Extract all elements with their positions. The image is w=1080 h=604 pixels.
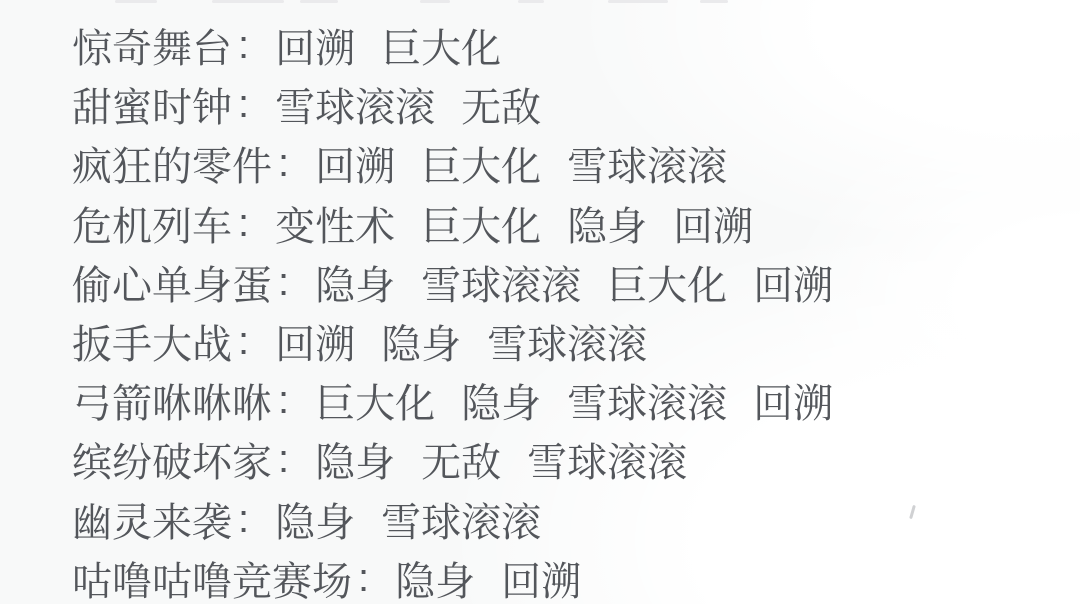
stage-name: 幽灵来袭: [72, 491, 249, 548]
stage-name-text: 甜蜜时钟 [72, 76, 232, 133]
stage-name-text: 惊奇舞台 [72, 17, 232, 74]
stage-name: 扳手大战: [72, 313, 249, 370]
stage-name-text: 扳手大战 [72, 313, 232, 370]
stage-name-text: 咕噜咕噜竞赛场 [72, 550, 352, 604]
stage-row: 偷心单身蛋: 隐身 雪球滚滚 巨大化 回溯 [72, 253, 833, 312]
stage-name-text: 缤纷破坏家 [72, 431, 272, 488]
skill-label: 巨大化 [607, 254, 727, 311]
colon: : [358, 556, 369, 601]
skill-label: 巨大化 [381, 17, 501, 74]
colon: : [278, 437, 289, 482]
stage-name: 咕噜咕噜竞赛场: [72, 550, 369, 604]
skill-label: 隐身 [315, 254, 395, 311]
top-edge-text-remnant [608, 0, 668, 3]
skill-label: 回溯 [275, 313, 355, 370]
skill-label: 回溯 [753, 372, 833, 429]
stage-name: 疯狂的零件: [72, 135, 289, 192]
colon: : [278, 260, 289, 305]
skill-label: 雪球滚滚 [567, 372, 727, 429]
skill-label: 无敌 [461, 76, 541, 133]
stage-row: 缤纷破坏家: 隐身 无敌 雪球滚滚 [72, 430, 833, 489]
stage-name: 弓箭咻咻咻: [72, 372, 289, 429]
stage-row: 甜蜜时钟: 雪球滚滚 无敌 [72, 75, 833, 134]
stage-name-text: 疯狂的零件 [72, 135, 272, 192]
skill-label: 隐身 [395, 550, 475, 604]
skill-label: 雪球滚滚 [487, 313, 647, 370]
colon: : [238, 201, 249, 246]
stage-row: 咕噜咕噜竞赛场: 隐身 回溯 [72, 549, 833, 604]
skill-label: 回溯 [753, 254, 833, 311]
skill-label: 巨大化 [421, 195, 541, 252]
top-edge-text-remnant [300, 0, 338, 3]
skill-label: 雪球滚滚 [275, 76, 435, 133]
stage-row: 弓箭咻咻咻: 巨大化 隐身 雪球滚滚 回溯 [72, 371, 833, 430]
skill-label: 隐身 [275, 491, 355, 548]
stage-skill-list: 惊奇舞台: 回溯 巨大化 甜蜜时钟: 雪球滚滚 无敌 疯狂的零件: 回溯 巨大化… [72, 16, 833, 604]
stage-row: 危机列车: 变性术 巨大化 隐身 回溯 [72, 194, 833, 253]
stage-row: 扳手大战: 回溯 隐身 雪球滚滚 [72, 312, 833, 371]
skill-label: 雪球滚滚 [421, 254, 581, 311]
skill-label: 隐身 [567, 195, 647, 252]
skill-label: 回溯 [275, 17, 355, 74]
top-edge-text-remnant [518, 0, 544, 3]
colon: : [238, 82, 249, 127]
stage-row: 惊奇舞台: 回溯 巨大化 [72, 16, 833, 75]
top-edge-text-remnant [420, 0, 450, 3]
stage-name: 惊奇舞台: [72, 17, 249, 74]
skill-label: 雪球滚滚 [527, 431, 687, 488]
skill-label: 无敌 [421, 431, 501, 488]
stage-name-text: 危机列车 [72, 195, 232, 252]
skill-label: 隐身 [381, 313, 461, 370]
top-edge-text-remnant [700, 0, 728, 3]
stage-row: 幽灵来袭: 隐身 雪球滚滚 [72, 490, 833, 549]
colon: : [238, 497, 249, 542]
colon: : [238, 23, 249, 68]
skill-label: 隐身 [315, 431, 395, 488]
stage-name-text: 偷心单身蛋 [72, 254, 272, 311]
top-edge-text-remnant [212, 0, 284, 3]
stage-name: 危机列车: [72, 195, 249, 252]
colon: : [238, 319, 249, 364]
stage-row: 疯狂的零件: 回溯 巨大化 雪球滚滚 [72, 134, 833, 193]
colon: : [278, 141, 289, 186]
skill-label: 回溯 [315, 135, 395, 192]
skill-label: 回溯 [673, 195, 753, 252]
top-edge-text-remnant [115, 0, 157, 3]
skill-label: 巨大化 [421, 135, 541, 192]
stage-name-text: 弓箭咻咻咻 [72, 372, 272, 429]
skill-label: 雪球滚滚 [567, 135, 727, 192]
crease-mark [909, 505, 916, 519]
stage-name: 缤纷破坏家: [72, 431, 289, 488]
stage-name: 偷心单身蛋: [72, 254, 289, 311]
skill-label: 巨大化 [315, 372, 435, 429]
skill-label: 雪球滚滚 [381, 491, 541, 548]
skill-label: 隐身 [461, 372, 541, 429]
stage-name: 甜蜜时钟: [72, 76, 249, 133]
colon: : [278, 378, 289, 423]
stage-name-text: 幽灵来袭 [72, 491, 232, 548]
skill-label: 回溯 [501, 550, 581, 604]
skill-label: 变性术 [275, 195, 395, 252]
